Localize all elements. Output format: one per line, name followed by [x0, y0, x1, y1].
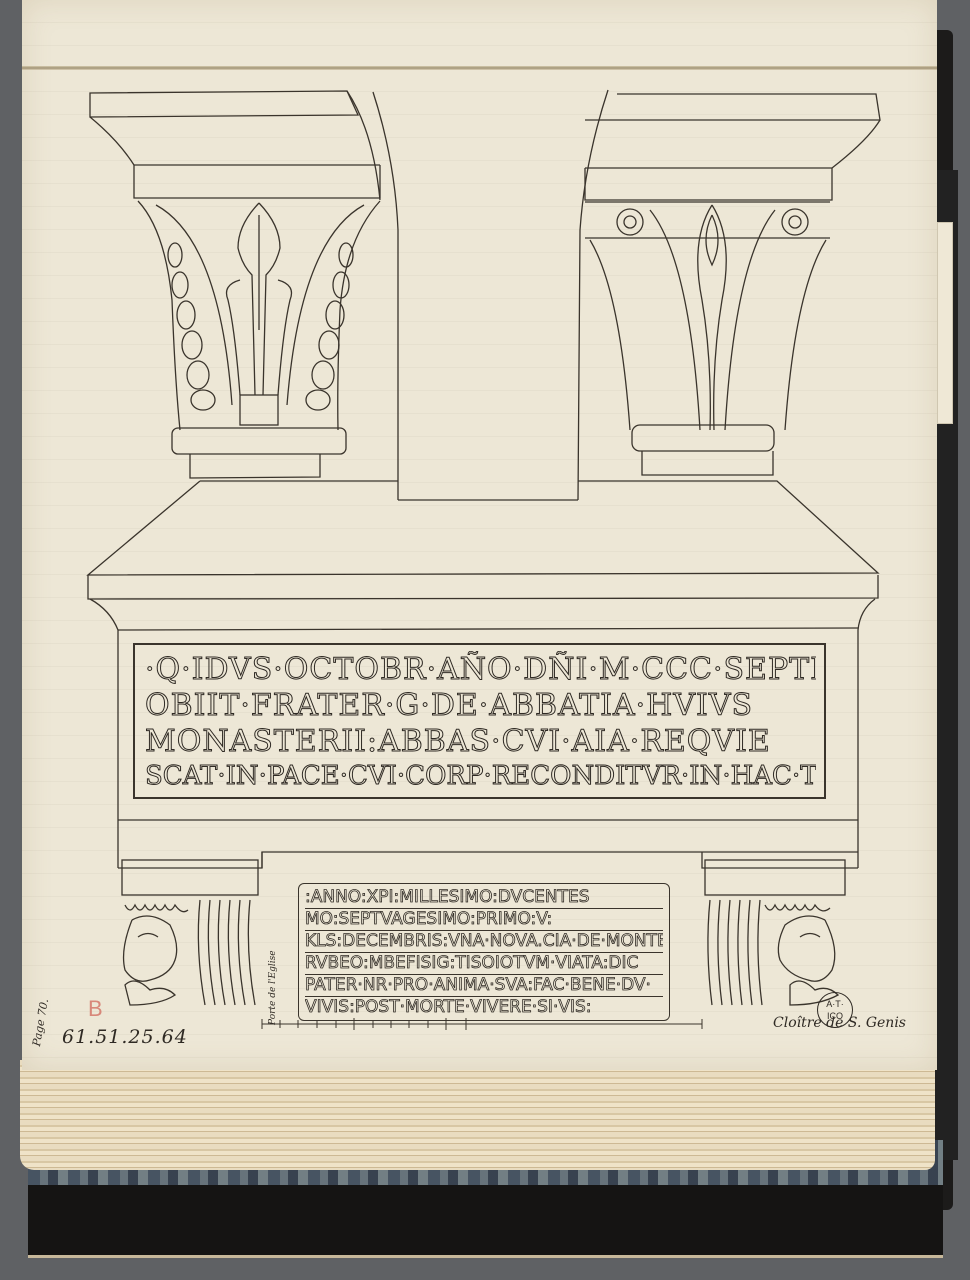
upper-inscription-plaque: ·Q·IDVS·OCTOBR·AÑO·DÑI·M·CCC·SEPTIO OBII…	[133, 643, 826, 799]
slab-row: KLS:DECEMBRIS:VNA·NOVA.CIA·DE·MONTE	[305, 930, 663, 953]
stamp-bottom-text: ICO	[818, 1010, 852, 1022]
slab-row: RVBEO:MBEFISIG:TISOIOTVM·VIATA:DIC	[305, 952, 663, 975]
left-capital	[90, 91, 380, 478]
shelf-mark: B	[88, 996, 103, 1022]
right-capital	[585, 94, 880, 475]
lower-inscription-slab: :ANNO:XPI:MILLESIMO:DVCENTES MO:SEPTVAGE…	[298, 883, 670, 1021]
slab-row: MO:SEPTVAGESIMO:PRIMO:V:	[305, 908, 663, 931]
vertical-note: Porte de l'Eglise	[268, 950, 278, 1025]
slab-row: VIVIS:POST·MORTE·VIVERE·SI·VIS:	[305, 996, 663, 1018]
collection-stamp: A·T· ICO	[817, 992, 853, 1028]
architectural-drawing	[0, 0, 970, 1280]
central-pier	[373, 90, 608, 500]
slab-row: PATER·NR·PRO·ANIMA·SVA:FAC·BENE·DV·	[305, 974, 663, 997]
inscription-line: OBIIT·FRATER·G·DE·ABBATIA·HVIVS	[145, 687, 816, 725]
right-corbel-head	[705, 860, 845, 1005]
stamp-top-text: A·T·	[818, 998, 852, 1010]
inscription-line: MONASTERII:ABBAS·CVI·AIA·REQVIE	[145, 723, 816, 761]
inventory-number: 61.51.25.64	[62, 1026, 188, 1048]
slab-row: :ANNO:XPI:MILLESIMO:DVCENTES	[305, 886, 663, 909]
inscription-line: SCAT·IN·PACE·CVI·CORP·RECONDITVR·IN·HAC·…	[145, 757, 816, 795]
left-corbel-head	[122, 860, 258, 1005]
inscription-line: ·Q·IDVS·OCTOBR·AÑO·DÑI·M·CCC·SEPTIO	[145, 651, 816, 689]
